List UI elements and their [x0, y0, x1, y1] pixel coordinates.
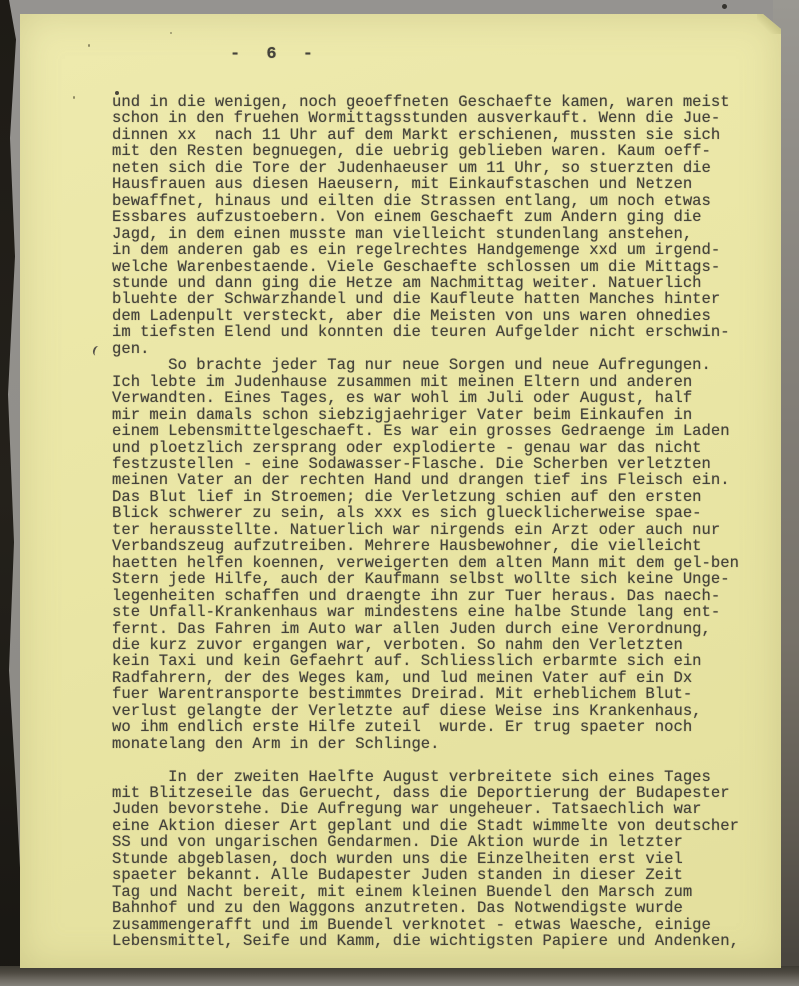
text-line: stunde und dann ging die Hetze am Nachmi… [112, 275, 767, 291]
text-line: Lebensmittel, Seife und Kamm, die wichti… [112, 933, 767, 949]
page-number: - 6 - [230, 45, 321, 64]
text-line: mit den Resten begnuegen, die uebrig geb… [112, 143, 767, 159]
text-line: Jagd, in dem einen musste man vielleicht… [112, 226, 767, 242]
paper-speck [88, 44, 90, 47]
text-line: SS und von ungarischen Gendarmen. Die Ak… [112, 834, 767, 850]
text-line: einem Lebensmittelgeschaeft. Es war ein … [112, 423, 767, 439]
text-line: dinnen xx nach 11 Uhr auf dem Markt ersc… [112, 127, 767, 143]
text-line: haetten helfen koennen, verweigerten dem… [112, 555, 767, 571]
text-line: und in die wenigen, noch geoeffneten Ges… [112, 94, 767, 110]
text-line: wo ihm endlich erste Hilfe zuteil wurde.… [112, 719, 767, 735]
text-line: bewaffnet, hinaus und eilten die Strasse… [112, 193, 767, 209]
text-line: die kurz zuvor ergangen war, verboten. S… [112, 637, 767, 653]
text-line: fernt. Das Fahren im Auto war allen Jude… [112, 621, 767, 637]
backdrop-speck [722, 4, 727, 9]
text-line: schon in den fruehen Wormittagsstunden a… [112, 110, 767, 126]
margin-mark [92, 345, 103, 357]
text-line: meinen Vater an der rechten Hand und dra… [112, 472, 767, 488]
text-line: Juden bevorstehe. Die Aufregung war unge… [112, 801, 767, 817]
text-line: mir mein damals schon siebzigjaehriger V… [112, 407, 767, 423]
text-line: Hausfrauen aus diesen Haeusern, mit Eink… [112, 176, 767, 192]
text-line: in dem anderen gab es ein regelrechtes H… [112, 242, 767, 258]
text-line: festzustellen - eine Sodawasser-Flasche.… [112, 456, 767, 472]
text-line: Blick schwerer zu sein, als xxx es sich … [112, 505, 767, 521]
text-line: im tiefsten Elend und konnten die teuren… [112, 324, 767, 340]
text-line: Verwandten. Eines Tages, es war wohl im … [112, 390, 767, 406]
text-line: ter herausstellte. Natuerlich war nirgen… [112, 522, 767, 538]
text-line: welche Warenbestaende. Viele Geschaefte … [112, 259, 767, 275]
text-line: legenheiten schaffen und draengte ihn zu… [112, 588, 767, 604]
text-line: Tag und Nacht bereit, mit einem kleinen … [112, 884, 767, 900]
text-line: In der zweiten Haelfte August verbreitet… [112, 769, 767, 785]
text-line: Essbares aufzustoebern. Von einem Gescha… [112, 209, 767, 225]
paper-sheet: - 6 - und in die wenigen, noch geoeffnet… [20, 14, 781, 968]
paper-speck [170, 32, 172, 34]
text-line: und ploetzlich zersprang oder explodiert… [112, 440, 767, 456]
text-line: kein Taxi und kein Gefaehrt auf. Schlies… [112, 653, 767, 669]
text-line: ste Unfall-Krankenhaus war mindestens ei… [112, 604, 767, 620]
text-line: neten sich die Tore der Judenhaeuser um … [112, 160, 767, 176]
text-line: Verbandszeug aufzutreiben. Mehrere Hausb… [112, 538, 767, 554]
paper-speck [73, 96, 75, 99]
text-line: verlust gelangte der Verletzte auf diese… [112, 703, 767, 719]
text-line: gen. [112, 341, 767, 357]
text-line: eine Aktion dieser Art geplant und die S… [112, 818, 767, 834]
text-line: dem Ladenpult versteckt, aber die Meiste… [112, 308, 767, 324]
text-line: Ich lebte im Judenhause zusammen mit mei… [112, 374, 767, 390]
text-line: So brachte jeder Tag nur neue Sorgen und… [112, 357, 767, 373]
text-line: Das Blut lief in Stroemen; die Verletzun… [112, 489, 767, 505]
text-line: Bahnhof und zu den Waggons anzutreten. D… [112, 900, 767, 916]
typewritten-text: und in die wenigen, noch geoeffneten Ges… [112, 94, 767, 950]
text-line: zusammengerafft und im Buendel verknotet… [112, 917, 767, 933]
text-line [112, 752, 767, 768]
text-line: monatelang den Arm in der Schlinge. [112, 736, 767, 752]
bottom-edge-shadow [0, 966, 799, 986]
text-line: Radfahrern, der des Weges kam, und lud m… [112, 670, 767, 686]
text-line: bluehte der Schwarzhandel und die Kaufle… [112, 291, 767, 307]
text-line: Stern jede Hilfe, auch der Kaufmann selb… [112, 571, 767, 587]
text-line: Stunde abgeblasen, doch wurden uns die E… [112, 851, 767, 867]
text-line: spaeter bekannt. Alle Budapester Juden s… [112, 867, 767, 883]
text-line: fuer Warentransporte bestimmtes Dreirad.… [112, 686, 767, 702]
